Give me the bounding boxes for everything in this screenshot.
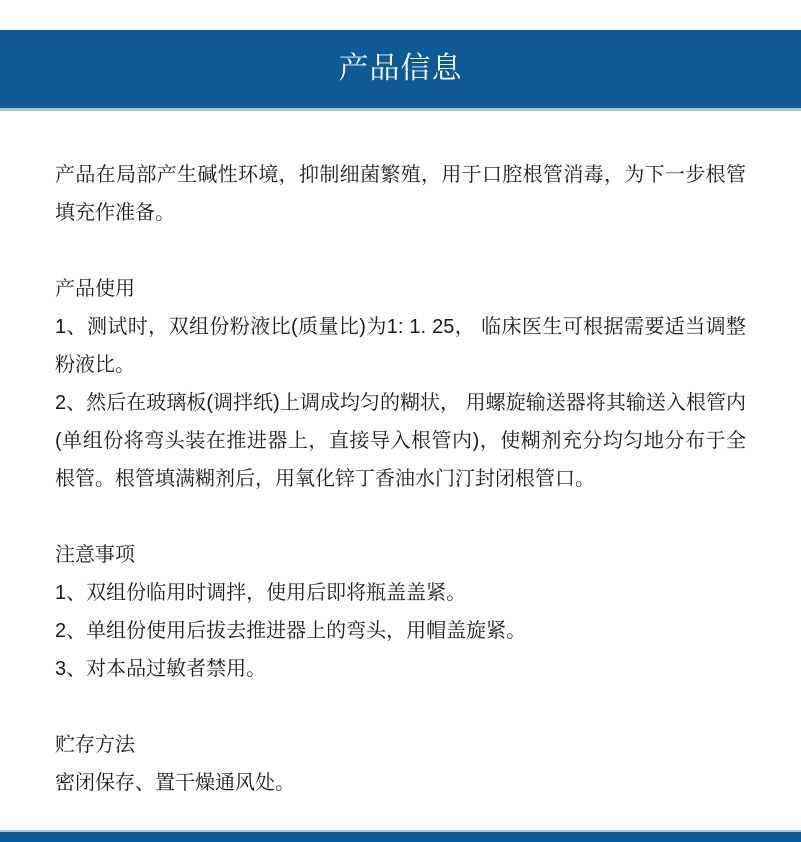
footer-band: [0, 830, 801, 842]
section-heading-notes: 注意事项: [55, 536, 746, 574]
section-heading-storage: 贮存方法: [55, 726, 746, 764]
section-usage: 产品使用 1、测试时，双组份粉液比(质量比)为1: 1. 25， 临床医生可根据…: [55, 270, 746, 498]
content: 产品在局部产生碱性环境，抑制细菌繁殖，用于口腔根管消毒，为下一步根管填充作准备。…: [0, 156, 801, 802]
header-band: 产品信息: [0, 30, 801, 111]
notes-item-2: 2、单组份使用后拔去推进器上的弯头，用帽盖旋紧。: [55, 612, 746, 650]
product-info-page: 产品信息 产品在局部产生碱性环境，抑制细菌繁殖，用于口腔根管消毒，为下一步根管填…: [0, 0, 801, 842]
page-title: 产品信息: [339, 54, 463, 84]
usage-item-1: 1、测试时，双组份粉液比(质量比)为1: 1. 25， 临床医生可根据需要适当调…: [55, 308, 746, 384]
notes-item-3: 3、对本品过敏者禁用。: [55, 650, 746, 688]
top-margin-strip: [0, 0, 801, 30]
intro-paragraph: 产品在局部产生碱性环境，抑制细菌繁殖，用于口腔根管消毒，为下一步根管填充作准备。: [55, 156, 746, 232]
section-heading-usage: 产品使用: [55, 270, 746, 308]
usage-item-2: 2、然后在玻璃板(调拌纸)上调成均匀的糊状， 用螺旋输送器将其输送入根管内(单组…: [55, 384, 746, 498]
section-storage: 贮存方法 密闭保存、置干燥通风处。: [55, 726, 746, 802]
notes-item-1: 1、双组份临用时调拌，使用后即将瓶盖盖紧。: [55, 574, 746, 612]
section-notes: 注意事项 1、双组份临用时调拌，使用后即将瓶盖盖紧。 2、单组份使用后拔去推进器…: [55, 536, 746, 688]
storage-item-1: 密闭保存、置干燥通风处。: [55, 764, 746, 802]
